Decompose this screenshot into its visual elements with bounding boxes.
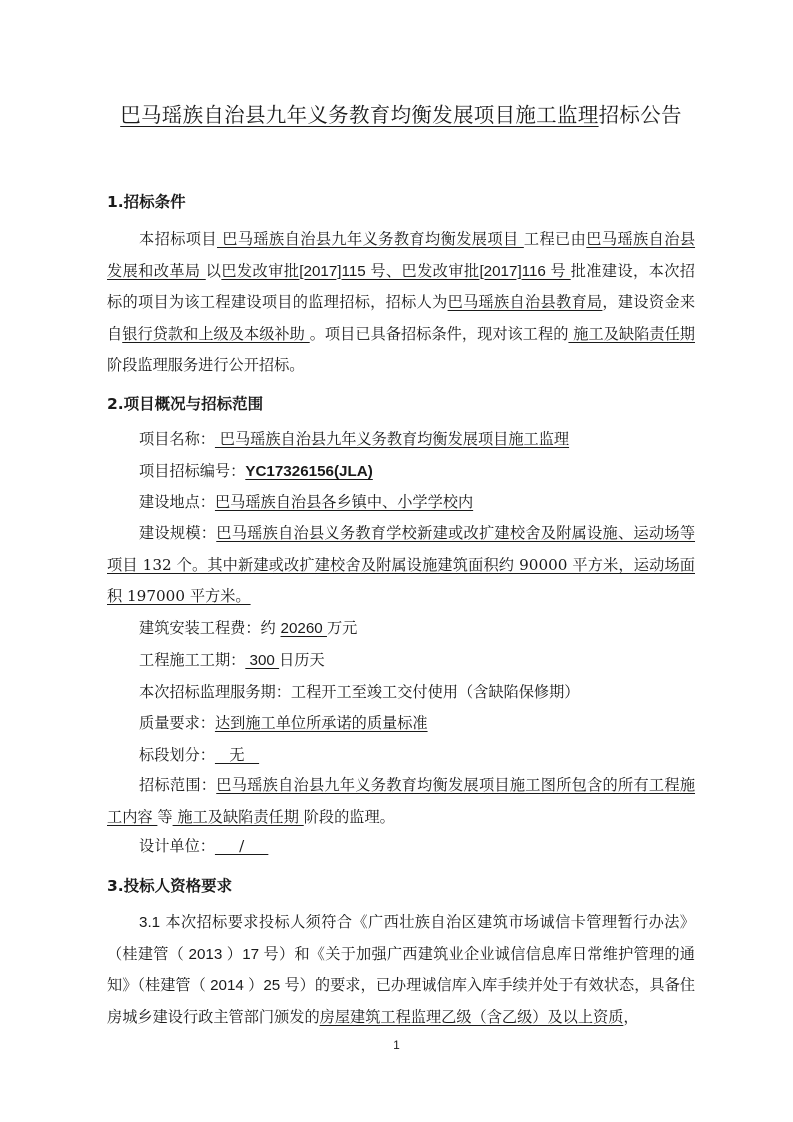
clause-number: 3.1 — [139, 914, 160, 931]
text: 等 — [157, 808, 172, 826]
text: 阶段的监理。 — [304, 808, 395, 826]
label: 建筑安装工程费：约 — [139, 619, 281, 637]
label: 标段划分： — [139, 746, 215, 764]
doc-number: 25 — [263, 977, 284, 994]
quality-row: 质量要求：达到施工单位所承诺的质量标准 — [139, 713, 428, 733]
project-number-value: YC17326156(JLA) — [245, 463, 372, 480]
service-stage: 施工及缺陷责任期 — [568, 325, 695, 343]
cost-value: 20260 — [281, 620, 327, 637]
label: 招标范围： — [139, 776, 216, 794]
service-period-row: 本次招标监理服务期：工程开工至竣工交付使用（含缺陷保修期） — [139, 682, 579, 702]
year: 2013 — [184, 946, 227, 963]
doc-number: 17 — [242, 946, 263, 963]
text: ） — [227, 945, 242, 963]
scope-paragraph: 招标范围：巴马瑶族自治县九年义务教育均衡发展项目施工图所包含的所有工程施工内容 … — [107, 770, 695, 833]
lots-value: 无 — [215, 746, 259, 764]
label: 项目名称： — [139, 430, 215, 448]
section-1-heading: 1.招标条件 — [107, 190, 186, 212]
label: 项目招标编号： — [139, 462, 245, 480]
design-unit-row: 设计单位： / — [139, 836, 268, 856]
unit: 日历天 — [279, 651, 325, 669]
quality-value: 达到施工单位所承诺的质量标准 — [215, 714, 428, 732]
approval-number: 巴发改审批[2017]115 号、巴发改审批[2017]116 号 — [221, 263, 570, 280]
label: 设计单位： — [139, 837, 215, 855]
scope-stage: 施工及缺陷责任期 — [173, 808, 304, 826]
duration-row: 工程施工工期： 300 日历天 — [139, 650, 325, 671]
label: 工程施工工期： — [139, 651, 245, 669]
document-title: 巴马瑶族自治县九年义务教育均衡发展项目施工监理招标公告 — [107, 98, 695, 128]
location-value: 巴马瑶族自治县各乡镇中、小学学校内 — [215, 493, 473, 511]
section-3-heading: 3.投标人资格要求 — [107, 874, 232, 896]
project-number-row: 项目招标编号：YC17326156(JLA) — [139, 461, 373, 482]
unit: 万元 — [327, 619, 357, 637]
design-unit-value: / — [215, 837, 268, 855]
text: 。项目已具备招标条件，现对该工程的 — [310, 325, 569, 343]
year: 2014 — [206, 977, 248, 994]
label: 建设地点： — [139, 493, 215, 511]
text: 工程已由 — [524, 230, 586, 248]
location-row: 建设地点：巴马瑶族自治县各乡镇中、小学学校内 — [139, 492, 473, 512]
section-3-paragraph: 3.1 本次招标要求投标人须符合《广西壮族自治区建筑市场诚信卡管理暂行办法》（桂… — [107, 907, 695, 1033]
project-name: 巴马瑶族自治县九年义务教育均衡发展项目 — [217, 230, 524, 248]
text: 本招标项目 — [139, 230, 217, 248]
tenderer: 巴马瑶族自治县教育局 — [448, 293, 603, 311]
scale-paragraph: 建设规模：巴马瑶族自治县义务教育学校新建或改扩建校舍及附属设施、运动场等项目 1… — [107, 518, 695, 613]
text: ） — [248, 976, 263, 994]
duration-value: 300 — [245, 652, 279, 669]
lots-row: 标段划分： 无 — [139, 745, 259, 765]
text: 阶段监理服务进行公开招标。 — [107, 356, 304, 374]
title-rest: 招标公告 — [599, 103, 682, 127]
cost-row: 建筑安装工程费：约 20260 万元 — [139, 618, 357, 639]
project-name-row: 项目名称： 巴马瑶族自治县九年义务教育均衡发展项目施工监理 — [139, 429, 569, 449]
section-1-paragraph: 本招标项目 巴马瑶族自治县九年义务教育均衡发展项目 工程已由巴马瑶族自治县发展和… — [107, 224, 695, 382]
page-number: 1 — [0, 1038, 793, 1052]
label: 质量要求： — [139, 714, 215, 732]
text: 以 — [206, 262, 222, 280]
text: ， — [623, 1008, 638, 1026]
project-name-value: 巴马瑶族自治县九年义务教育均衡发展项目施工监理 — [215, 430, 569, 448]
section-2-heading: 2.项目概况与招标范围 — [107, 392, 263, 414]
label: 建设规模： — [139, 524, 216, 542]
funding-source: 银行贷款和上级及本级补助 — [122, 325, 309, 343]
title-underlined-part: 巴马瑶族自治县九年义务教育均衡发展项目施工监理 — [120, 103, 598, 127]
required-qualification: 房屋建筑工程监理乙级（含乙级）及以上资质 — [320, 1008, 624, 1026]
